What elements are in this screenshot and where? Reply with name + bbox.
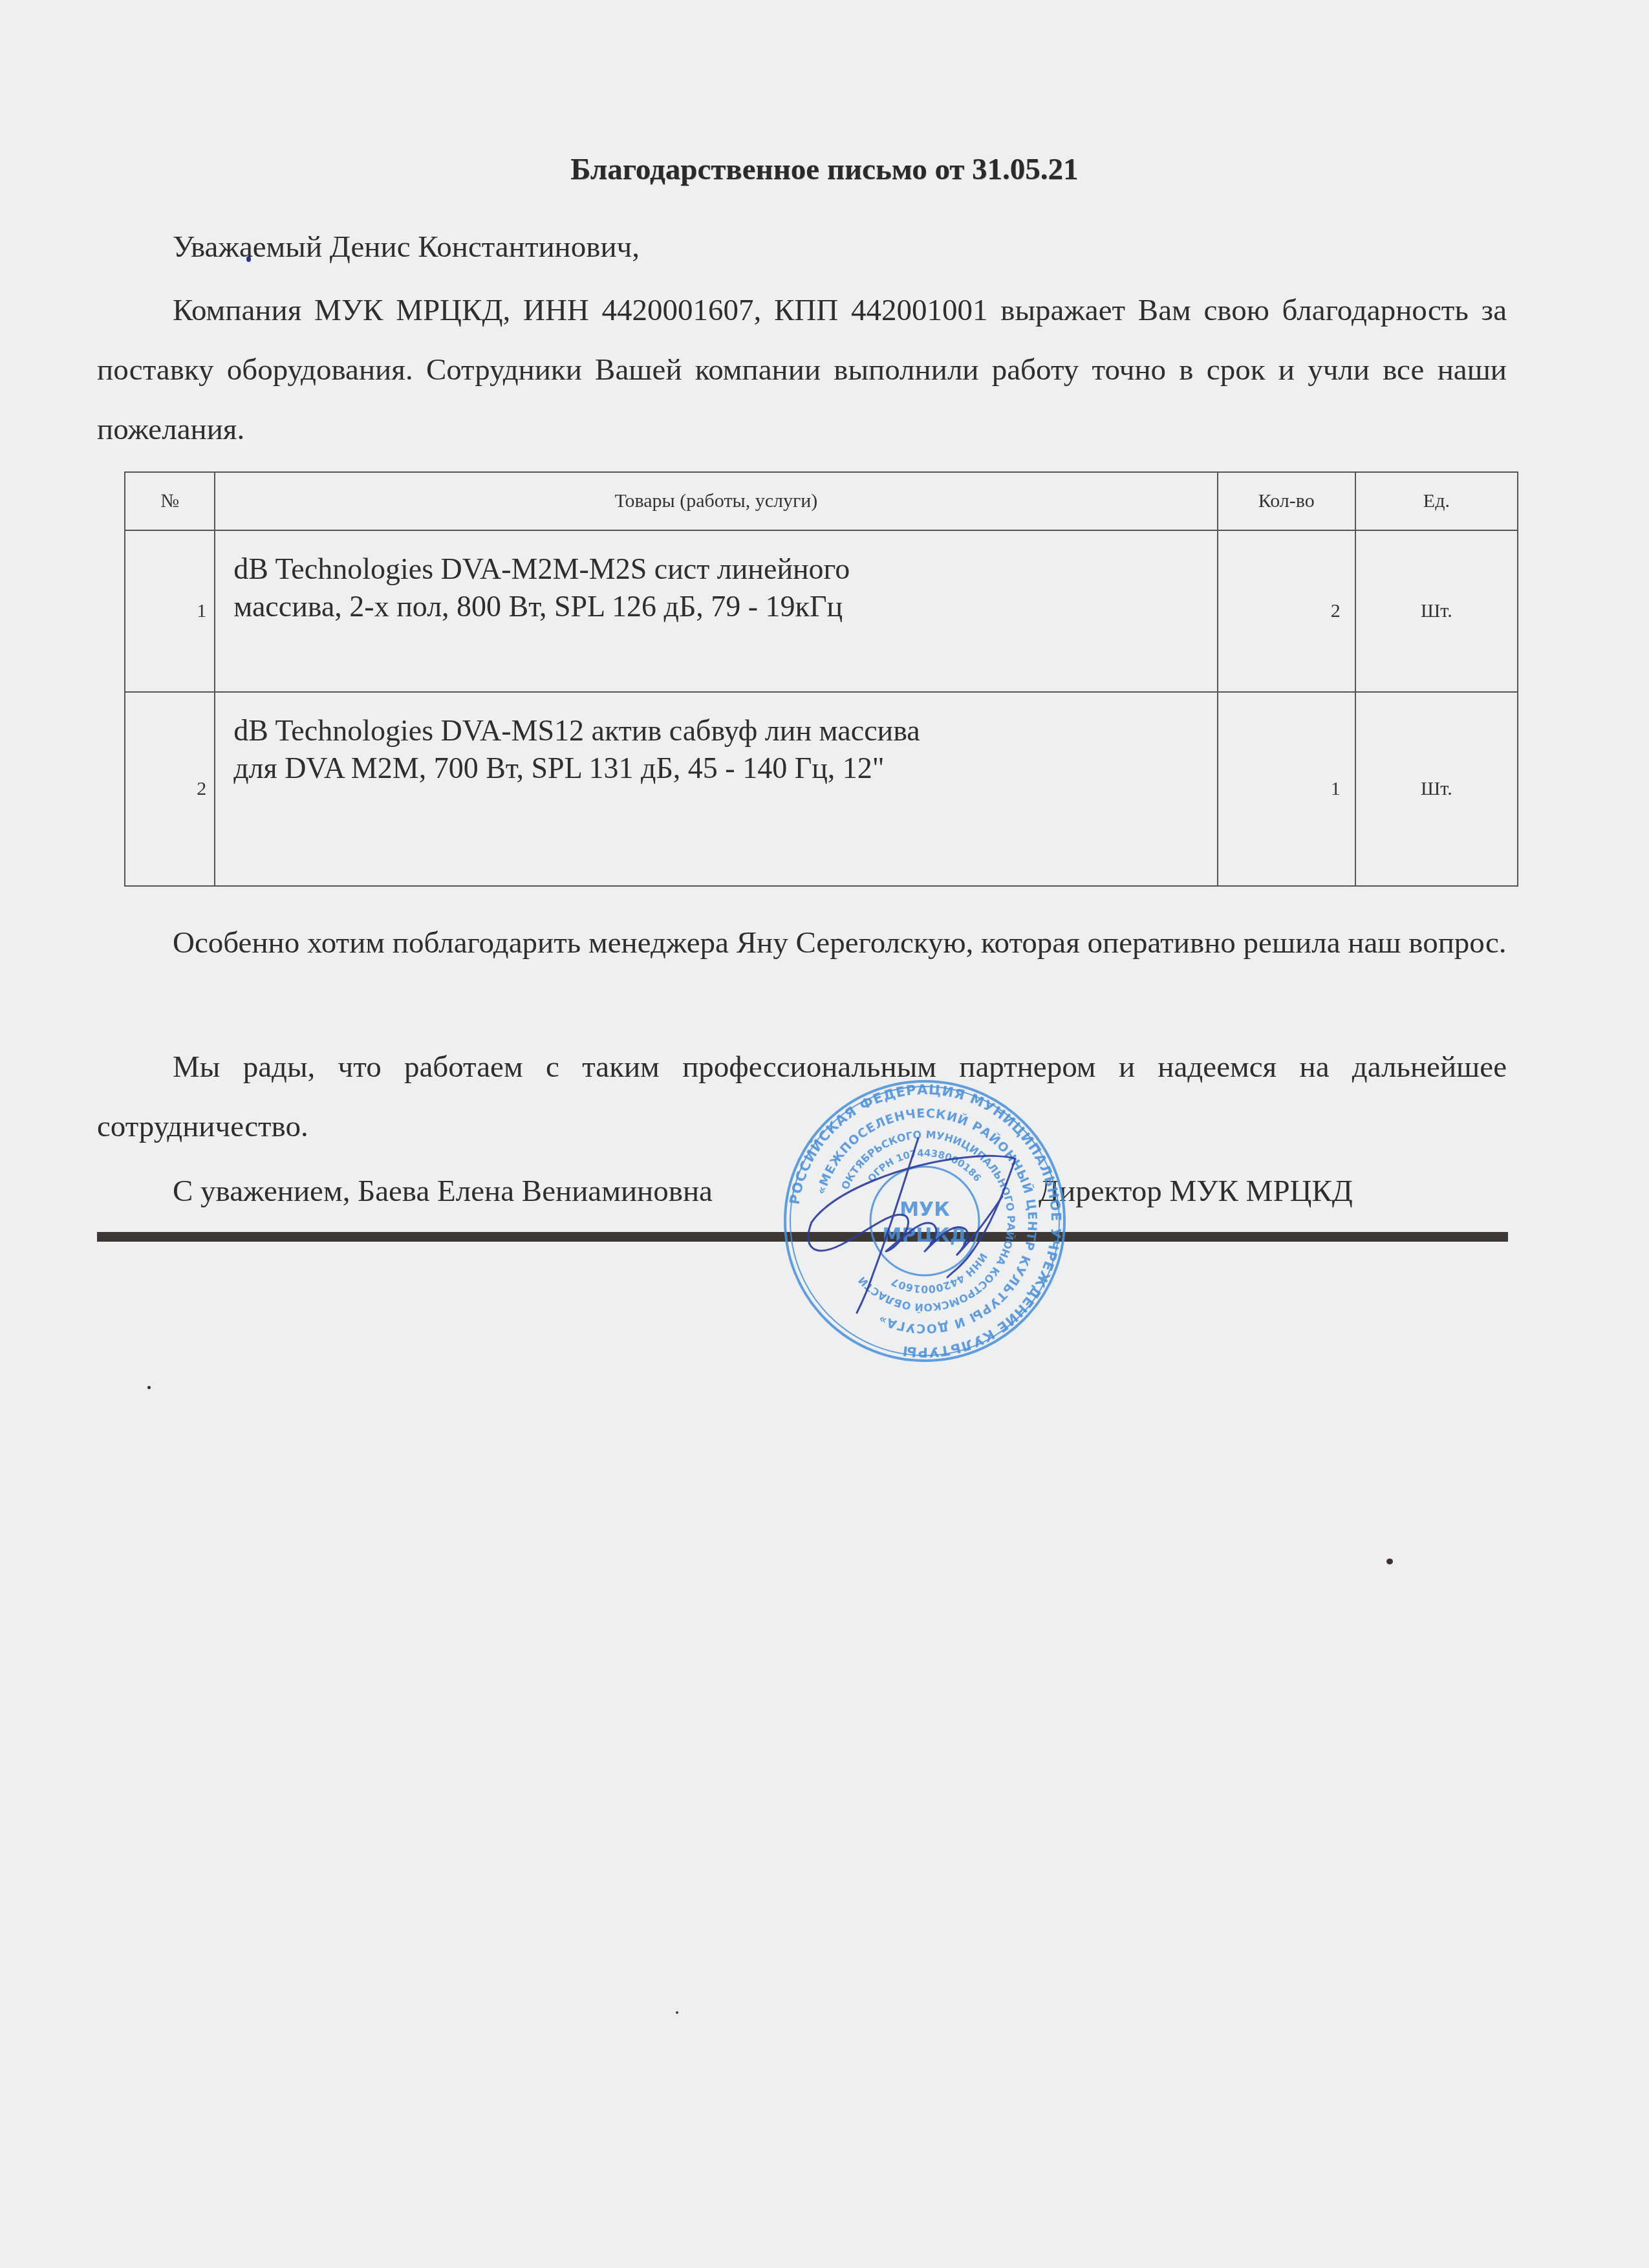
intro-paragraph: Компания МУК МРЦКД, ИНН 4420001607, КПП … — [97, 281, 1507, 459]
row-num: 2 — [125, 692, 215, 886]
table-row: 1 dB Technologies DVA-M2M-M2S сист линей… — [125, 530, 1518, 692]
signer-title: Директор МУК МРЦКД — [1039, 1161, 1353, 1221]
row-qty: 1 — [1218, 692, 1355, 886]
row-name: dB Technologies DVA-MS12 актив сабвуф ли… — [215, 692, 1217, 886]
scan-speck — [147, 1386, 151, 1389]
header-qty: Кол-во — [1218, 472, 1355, 530]
header-unit: Ед. — [1355, 472, 1518, 530]
scan-speck — [676, 2011, 678, 2014]
letter-page: Благодарственное письмо от 31.05.21 Уваж… — [0, 0, 1649, 2268]
scan-speck — [1386, 1559, 1393, 1564]
row-qty: 2 — [1218, 530, 1355, 692]
row-num: 1 — [125, 530, 215, 692]
scan-speck — [246, 256, 251, 262]
table-header-row: № Товары (работы, услуги) Кол-во Ед. — [125, 472, 1518, 530]
table-row: 2 dB Technologies DVA-MS12 актив сабвуф … — [125, 692, 1518, 886]
manager-paragraph: Особенно хотим поблагодарить менеджера Я… — [97, 913, 1507, 973]
header-num: № — [125, 472, 215, 530]
items-table: № Товары (работы, услуги) Кол-во Ед. 1 d… — [124, 471, 1518, 887]
row-name-text: dB Technologies DVA-M2M-M2S сист линейно… — [233, 550, 945, 625]
greeting: Уважаемый Денис Константинович, — [97, 217, 1507, 277]
letter-title: Благодарственное письмо от 31.05.21 — [0, 144, 1649, 195]
row-unit: Шт. — [1355, 692, 1518, 886]
row-name-text: dB Technologies DVA-MS12 актив сабвуф ли… — [233, 712, 945, 787]
signature-icon — [795, 1119, 1054, 1326]
row-name: dB Technologies DVA-M2M-M2S сист линейно… — [215, 530, 1217, 692]
row-unit: Шт. — [1355, 530, 1518, 692]
closing-line: С уважением, Баева Елена Вениаминовна — [173, 1161, 713, 1221]
header-name: Товары (работы, услуги) — [215, 472, 1217, 530]
